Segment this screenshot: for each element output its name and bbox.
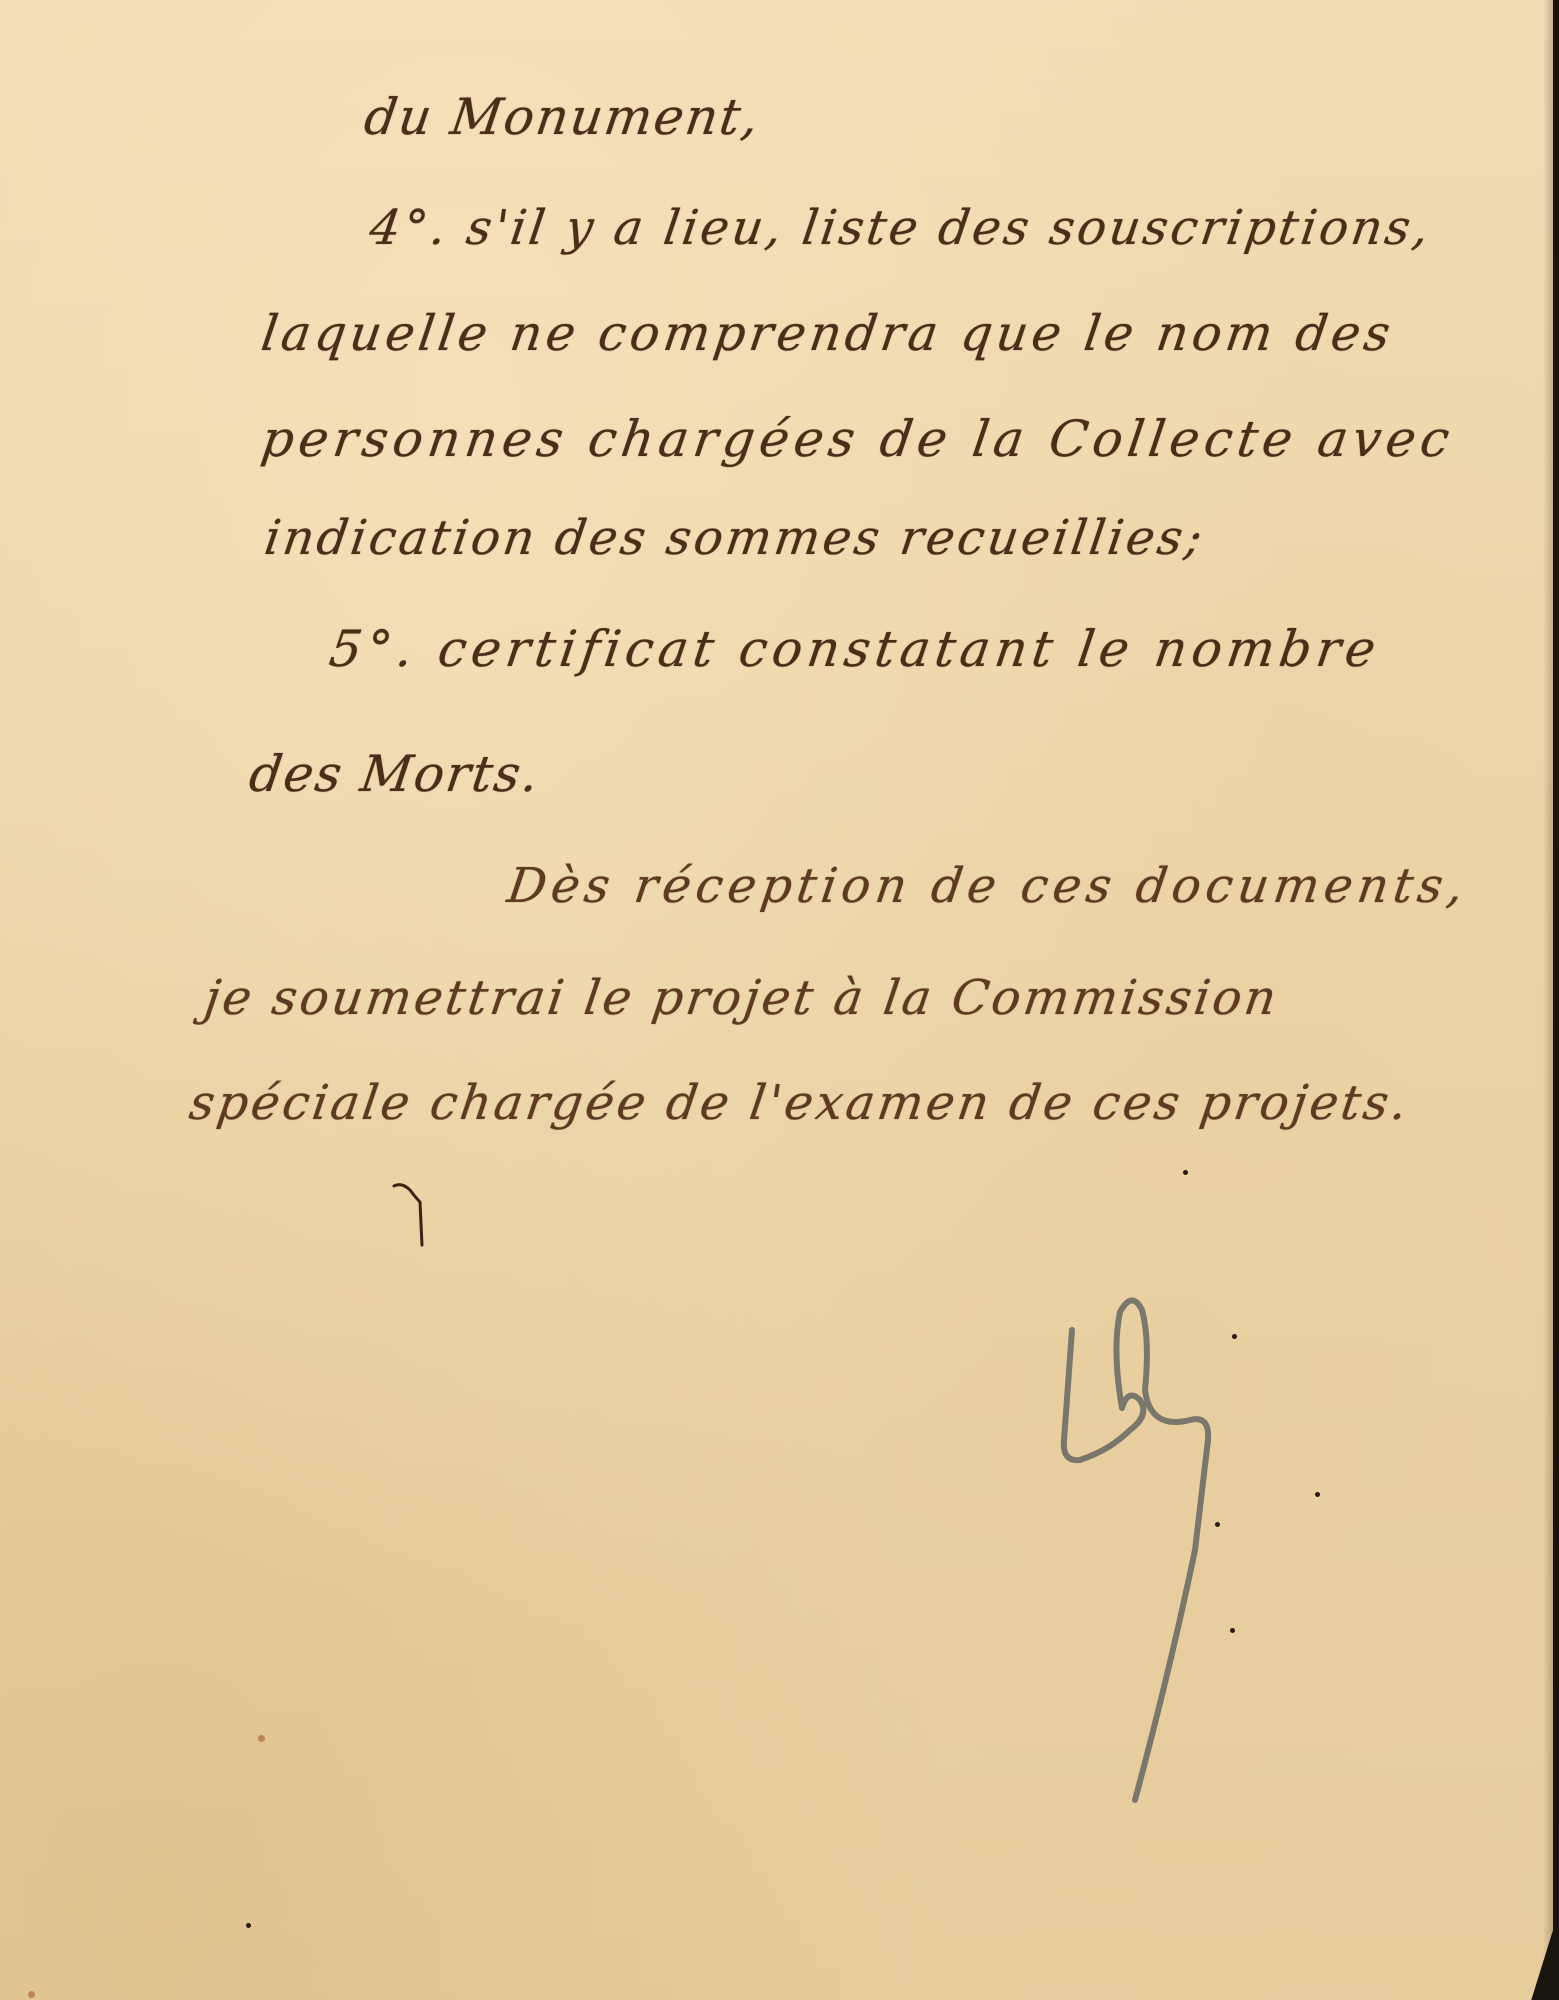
document-page: du Monument, 4°. s'il y a lieu, liste de… <box>0 0 1553 2000</box>
text-line-4: personnes chargées de la Collecte avec <box>258 410 1458 468</box>
text-line-9: je soumettrai le projet à la Commission <box>201 970 1282 1026</box>
small-tick-mark-icon <box>390 1180 430 1250</box>
paper-speck <box>1315 1492 1320 1497</box>
page-edge-shadow <box>1543 0 1553 2000</box>
paper-speck <box>246 1923 251 1928</box>
paper-stain <box>258 1735 265 1742</box>
paper-speck <box>1230 1628 1235 1633</box>
text-line-5: indication des sommes recueillies; <box>261 510 1208 566</box>
paper-speck <box>1183 1170 1188 1175</box>
text-line-1: du Monument, <box>361 88 764 146</box>
paper-stain <box>28 1991 35 1998</box>
text-line-8: Dès réception de ces documents, <box>504 858 1472 914</box>
text-line-6: 5°. certificat constatant le nombre <box>326 620 1384 678</box>
text-line-3: laquelle ne comprendra que le nom des <box>258 305 1398 362</box>
text-line-2: 4°. s'il y a lieu, liste des souscriptio… <box>366 200 1435 256</box>
paper-speck <box>1215 1522 1220 1527</box>
text-line-10: spéciale chargée de l'examen de ces proj… <box>186 1075 1413 1131</box>
signature-paraph-icon <box>1040 1290 1240 1850</box>
paper-speck <box>1232 1334 1237 1339</box>
text-line-7: des Morts. <box>246 745 544 803</box>
